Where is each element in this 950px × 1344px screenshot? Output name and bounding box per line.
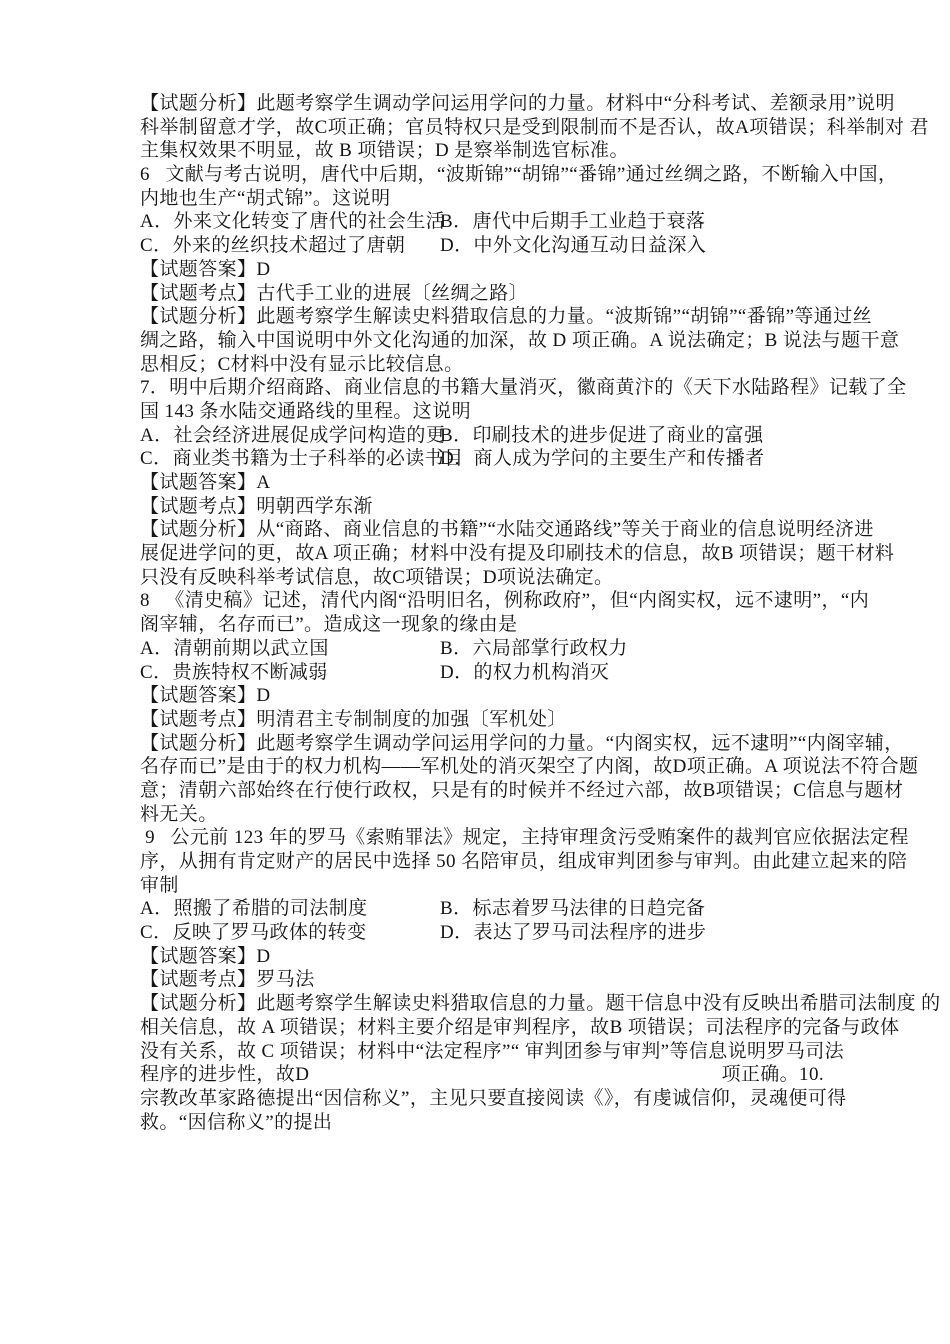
option-left: A．社会经济进展促成学问构造的更 (140, 424, 440, 448)
option-right: D．商人成为学问的主要生产和传播者 (440, 447, 765, 471)
option-right: D．表达了罗马司法程序的进步 (440, 921, 706, 945)
text-line: 没有关系，故 C 项错误；材料中“法定程序”“ 审判团参与审判”等信息说明罗马司… (140, 1040, 824, 1064)
option-left: C．外来的丝织技术超过了唐朝 (140, 234, 440, 258)
option-row: C．商业类书籍为士子科举的必读书目D．商人成为学问的主要生产和传播者 (140, 447, 824, 471)
text-line: 7．明中后期介绍商路、商业信息的书籍大量消灭，徽商黄汴的《天下水陆路程》记载了全 (140, 376, 824, 400)
text-line: 展促进学问的更，故A 项正确；材料中没有提及印刷技术的信息，故B 项错误；题干材… (140, 542, 824, 566)
text-line: 【试题分析】此题考察学生解读史料猎取信息的力量。“波斯锦”“胡锦”“番锦”等通过… (140, 305, 824, 329)
text-line: 【试题答案】D (140, 945, 824, 969)
option-left: C．反映了罗马政体的转变 (140, 921, 440, 945)
option-left: C．贵族特权不断减弱 (140, 661, 440, 685)
option-row: A．清朝前期以武立国B．六局部掌行政权力 (140, 637, 824, 661)
text-line: 意；清朝六部始终在行使行政权，只是有的时候并不经过六部，故B项错误；C信息与题材 (140, 779, 824, 803)
text-line: 料无关。 (140, 803, 824, 827)
text-line: 【试题分析】此题考察学生解读史料猎取信息的力量。题干信息中没有反映出希腊司法制度… (140, 992, 824, 1016)
text-line: 9 公元前 123 年的罗马《索贿罪法》规定，主持审理贪污受贿案件的裁判官应依据… (140, 826, 824, 850)
split-line-right: 项正确。10. (721, 1063, 824, 1087)
text-line: 内地也生产“胡式锦”。这说明 (140, 187, 824, 211)
text-line: 名存而已”是由于的权力机构——军机处的消灭架空了内阁，故D项正确。A 项说法不符… (140, 755, 824, 779)
option-right: B．六局部掌行政权力 (440, 637, 628, 661)
text-line: 【试题考点】罗马法 (140, 968, 824, 992)
option-row: A．照搬了希腊的司法制度B．标志着罗马法律的日趋完备 (140, 897, 824, 921)
option-row: C．反映了罗马政体的转变D．表达了罗马司法程序的进步 (140, 921, 824, 945)
text-line: 阁宰辅，名存而已”。造成这一现象的缘由是 (140, 613, 824, 637)
text-line: 【试题考点】古代手工业的进展〔丝绸之路〕 (140, 282, 824, 306)
option-row: C．贵族特权不断减弱D．的权力机构消灭 (140, 661, 824, 685)
text-line: 相关信息，故 A 项错误；材料主要介绍是审判程序，故B 项错误；司法程序的完备与… (140, 1016, 824, 1040)
text-line: 【试题分析】此题考察学生调动学问运用学问的力量。材料中“分科考试、差额录用”说明 (140, 92, 824, 116)
text-line: 思相反；C材料中没有显示比较信息。 (140, 353, 824, 377)
text-line: 6 文献与考古说明，唐代中后期，“波斯锦”“胡锦”“番锦”通过丝绸之路，不断输入… (140, 163, 824, 187)
document-page: 【试题分析】此题考察学生调动学问运用学问的力量。材料中“分科考试、差额录用”说明… (140, 92, 824, 1134)
text-line: 宗教改革家路德提出“因信称义”，主见只要直接阅读《》，有虔诚信仰，灵魂便可得 (140, 1087, 824, 1111)
text-line: 国 143 条水陆交通路线的里程。这说明 (140, 400, 824, 424)
option-right: B．唐代中后期手工业趋于衰落 (440, 210, 705, 234)
text-line: 【试题答案】A (140, 471, 824, 495)
text-line: 审制 (140, 874, 824, 898)
option-row: C．外来的丝织技术超过了唐朝D．中外文化沟通互动日益深入 (140, 234, 824, 258)
text-line: 绸之路，输入中国说明中外文化沟通的加深，故 D 项正确。A 说法确定；B 说法与… (140, 329, 824, 353)
text-line: 【试题答案】D (140, 258, 824, 282)
option-left: C．商业类书籍为士子科举的必读书目 (140, 447, 440, 471)
split-line-left: 程序的进步性，故D (140, 1063, 309, 1087)
text-line: 【试题分析】从“商路、商业信息的书籍”“水陆交通路线”等关于商业的信息说明经济进 (140, 518, 824, 542)
option-right: D．的权力机构消灭 (440, 661, 609, 685)
text-line: 【试题考点】明清君主专制制度的加强〔军机处〕 (140, 708, 824, 732)
text-line: 主集权效果不明显，故 B 项错误；D 是察举制选官标准。 (140, 139, 824, 163)
justified-split-line: 程序的进步性，故D项正确。10. (140, 1063, 824, 1087)
option-left: A．外来文化转变了唐代的社会生活 (140, 210, 440, 234)
text-line: 救。“因信称义”的提出 (140, 1111, 824, 1135)
option-right: B．印刷技术的进步促进了商业的富强 (440, 424, 763, 448)
text-line: 只没有反映科举考试信息，故C项错误；D项说法确定。 (140, 566, 824, 590)
option-right: D．中外文化沟通互动日益深入 (440, 234, 706, 258)
text-line: 【试题答案】D (140, 684, 824, 708)
text-line: 序，从拥有肯定财产的居民中选择 50 名陪审员，组成审判团参与审判。由此建立起来… (140, 850, 824, 874)
option-left: A．清朝前期以武立国 (140, 637, 440, 661)
text-line: 【试题分析】此题考察学生调动学问运用学问的力量。“内阁实权，远不逮明”“内阁宰辅… (140, 732, 824, 756)
text-line: 8 《清史稿》记述，清代内阁“沿明旧名，例称政府”，但“内阁实权，远不逮明”，“… (140, 589, 824, 613)
text-line: 科举制留意才学，故C项正确；官员特权只是受到限制而不是否认，故A项错误；科举制对… (140, 116, 824, 140)
option-left: A．照搬了希腊的司法制度 (140, 897, 440, 921)
option-row: A．社会经济进展促成学问构造的更B．印刷技术的进步促进了商业的富强 (140, 424, 824, 448)
option-right: B．标志着罗马法律的日趋完备 (440, 897, 705, 921)
option-row: A．外来文化转变了唐代的社会生活B．唐代中后期手工业趋于衰落 (140, 210, 824, 234)
text-line: 【试题考点】明朝西学东渐 (140, 495, 824, 519)
